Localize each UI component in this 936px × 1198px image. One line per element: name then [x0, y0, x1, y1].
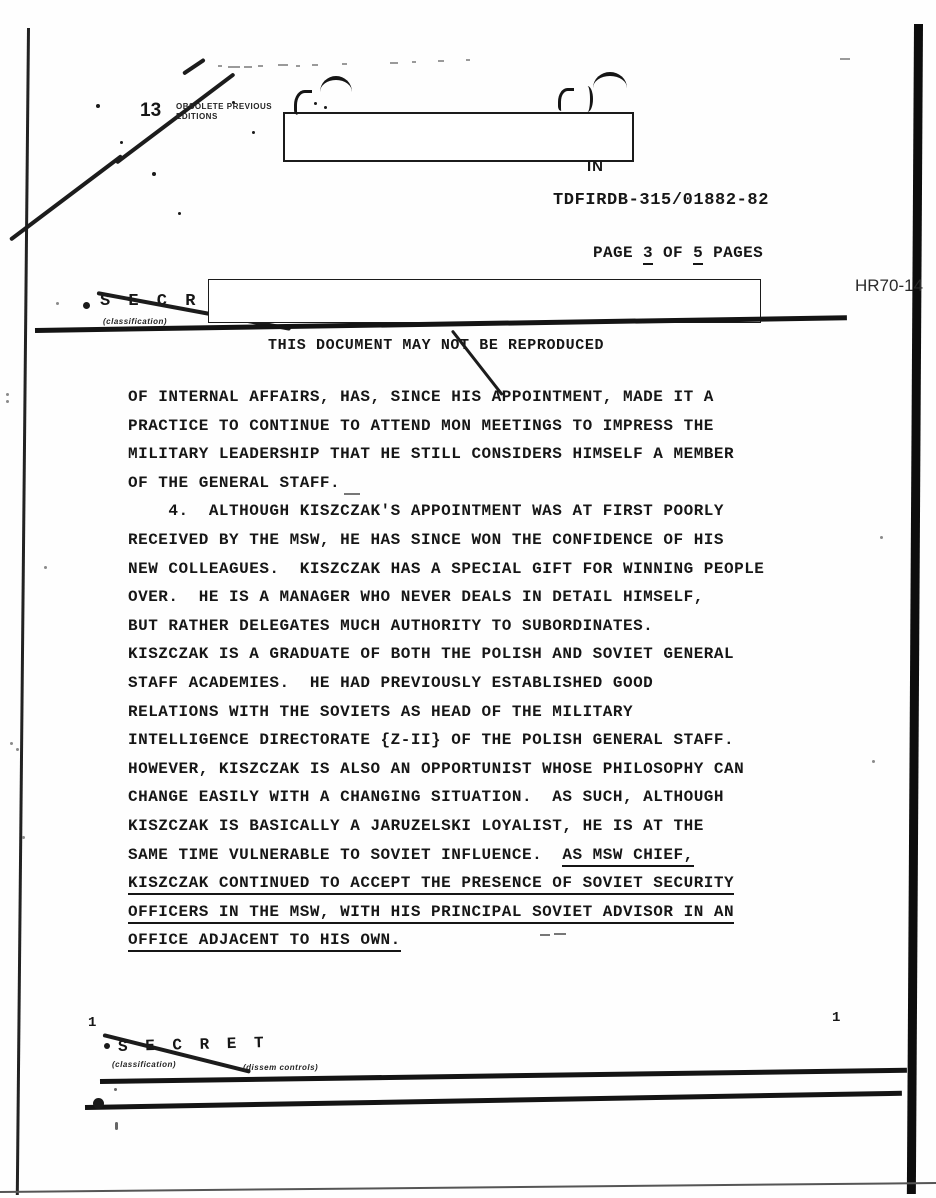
scan-speck	[296, 65, 300, 67]
document-line: OFFICE ADJACENT TO HIS OWN.	[128, 926, 764, 955]
scan-line-bottom	[0, 1182, 936, 1193]
scan-speck	[412, 61, 416, 63]
line-text: HOWEVER, KISZCZAK IS ALSO AN OPPORTUNIST…	[128, 760, 744, 778]
pen-mark	[582, 86, 593, 112]
line-text: INTELLIGENCE DIRECTORATE {Z-II} OF THE P…	[128, 731, 734, 749]
document-line: MILITARY LEADERSHIP THAT HE STILL CONSID…	[128, 440, 764, 469]
pen-arc	[320, 76, 352, 92]
document-line: PRACTICE TO CONTINUE TO ATTEND MON MEETI…	[128, 412, 764, 441]
line-text: RELATIONS WITH THE SOVIETS AS HEAD OF TH…	[128, 703, 633, 721]
scan-speck	[22, 836, 25, 839]
ink-speck	[252, 131, 255, 134]
routing-label: IN	[587, 158, 604, 175]
ink-speck	[114, 1088, 117, 1091]
line-text: NEW COLLEAGUES. KISZCZAK HAS A SPECIAL G…	[128, 560, 764, 578]
document-line: HOWEVER, KISZCZAK IS ALSO AN OPPORTUNIST…	[128, 755, 764, 784]
line-text: RECEIVED BY THE MSW, HE HAS SINCE WON TH…	[128, 531, 724, 549]
line-text: KISZCZAK IS BASICALLY A JARUZELSKI LOYAL…	[128, 817, 704, 835]
scan-edge-left	[16, 28, 30, 1195]
line-text: OF THE GENERAL STAFF.	[128, 474, 340, 492]
classification-footer-label: (classification)	[112, 1060, 176, 1069]
line-text: STAFF ACADEMIES. HE HAD PREVIOUSLY ESTAB…	[128, 674, 653, 692]
redaction-box-header	[208, 279, 761, 323]
line-text-underlined: OFFICERS IN THE MSW, WITH HIS PRINCIPAL …	[128, 903, 734, 924]
footer-rule-2	[85, 1091, 902, 1110]
scan-speck	[258, 65, 263, 67]
ink-speck	[314, 102, 317, 105]
scan-speck	[44, 566, 47, 569]
page-mark-left: 1	[88, 1015, 96, 1031]
redaction-box-top	[283, 112, 634, 162]
document-line: KISZCZAK IS A GRADUATE OF BOTH THE POLIS…	[128, 640, 764, 669]
document-line: OF THE GENERAL STAFF.	[128, 469, 764, 498]
ink-speck	[324, 106, 327, 109]
document-line: 4. ALTHOUGH KISZCZAK'S APPOINTMENT WAS A…	[128, 497, 764, 526]
bullet-mark	[83, 302, 90, 309]
scan-speck	[344, 493, 360, 495]
scan-speck	[312, 64, 318, 66]
scan-speck	[6, 400, 9, 403]
line-text: CHANGE EASILY WITH A CHANGING SITUATION.…	[128, 788, 724, 806]
scan-speck	[16, 748, 19, 751]
scan-edge-right	[907, 24, 923, 1194]
line-text: SAME TIME VULNERABLE TO SOVIET INFLUENCE…	[128, 846, 562, 864]
scan-speck	[466, 59, 470, 61]
line-text-underlined: OFFICE ADJACENT TO HIS OWN.	[128, 931, 401, 952]
line-text-underlined: AS MSW CHIEF,	[562, 846, 693, 867]
form-note-line2: EDITIONS	[176, 112, 272, 122]
ink-blob	[93, 1098, 104, 1109]
document-line: OVER. HE IS A MANAGER WHO NEVER DEALS IN…	[128, 583, 764, 612]
page-total: 5	[693, 244, 703, 265]
scan-speck	[278, 64, 288, 66]
document-line: STAFF ACADEMIES. HE HAD PREVIOUSLY ESTAB…	[128, 669, 764, 698]
document-line: BUT RATHER DELEGATES MUCH AUTHORITY TO S…	[128, 612, 764, 641]
scan-speck	[540, 934, 550, 936]
pen-stroke-dash	[182, 58, 206, 75]
document-line: INTELLIGENCE DIRECTORATE {Z-II} OF THE P…	[128, 726, 764, 755]
scan-speck	[438, 60, 444, 62]
doc-reference: TDFIRDB-315/01882-82	[553, 191, 769, 210]
scan-speck	[218, 65, 222, 67]
line-text: PRACTICE TO CONTINUE TO ATTEND MON MEETI…	[128, 417, 714, 435]
reproduction-notice: THIS DOCUMENT MAY NOT BE REPRODUCED	[268, 337, 604, 354]
line-text: MILITARY LEADERSHIP THAT HE STILL CONSID…	[128, 445, 734, 463]
page-label-pre: PAGE	[593, 244, 643, 262]
document-line: SAME TIME VULNERABLE TO SOVIET INFLUENCE…	[128, 841, 764, 870]
document-line: OFFICERS IN THE MSW, WITH HIS PRINCIPAL …	[128, 898, 764, 927]
document-line: RELATIONS WITH THE SOVIETS AS HEAD OF TH…	[128, 698, 764, 727]
classification-header-label: (classification)	[103, 317, 167, 326]
scan-speck	[880, 536, 883, 539]
document-line: KISZCZAK IS BASICALLY A JARUZELSKI LOYAL…	[128, 812, 764, 841]
ink-speck	[120, 141, 123, 144]
scan-speck	[342, 63, 347, 65]
pen-mark	[558, 88, 574, 111]
release-stamp: HR70-14	[855, 276, 923, 296]
ink-speck	[152, 172, 156, 176]
line-text: KISZCZAK IS A GRADUATE OF BOTH THE POLIS…	[128, 645, 734, 663]
page-count-line: PAGE 3 OF 5 PAGES	[553, 226, 763, 280]
document-line: KISZCZAK CONTINUED TO ACCEPT THE PRESENC…	[128, 869, 764, 898]
line-text: BUT RATHER DELEGATES MUCH AUTHORITY TO S…	[128, 617, 653, 635]
page-label-post: PAGES	[703, 244, 763, 262]
line-text: OVER. HE IS A MANAGER WHO NEVER DEALS IN…	[128, 588, 704, 606]
form-note-line1: OBSOLETE PREVIOUS	[176, 102, 272, 112]
page-mark-right: 1	[832, 1010, 840, 1026]
dissem-controls-label: (dissem controls)	[243, 1063, 318, 1072]
footer-rule-1	[100, 1068, 907, 1084]
scan-speck	[554, 933, 566, 935]
scan-speck	[10, 742, 13, 745]
pen-arc	[593, 72, 627, 88]
document-body: OF INTERNAL AFFAIRS, HAS, SINCE HIS APPO…	[128, 383, 764, 955]
scan-speck	[390, 62, 398, 64]
bullet-mark	[104, 1043, 110, 1049]
scan-speck	[56, 302, 59, 305]
scan-speck	[228, 66, 240, 68]
document-line: OF INTERNAL AFFAIRS, HAS, SINCE HIS APPO…	[128, 383, 764, 412]
ink-speck	[178, 212, 181, 215]
page-label-mid: OF	[653, 244, 693, 262]
line-text: 4. ALTHOUGH KISZCZAK'S APPOINTMENT WAS A…	[128, 502, 724, 520]
scan-speck	[840, 58, 850, 60]
ink-speck	[115, 1122, 118, 1130]
line-text: OF INTERNAL AFFAIRS, HAS, SINCE HIS APPO…	[128, 388, 714, 406]
ink-speck	[96, 104, 100, 108]
document-line: RECEIVED BY THE MSW, HE HAS SINCE WON TH…	[128, 526, 764, 555]
line-text-underlined: KISZCZAK CONTINUED TO ACCEPT THE PRESENC…	[128, 874, 734, 895]
form-number: 13	[140, 100, 161, 122]
scan-speck	[244, 66, 252, 68]
document-scan: 13 OBSOLETE PREVIOUS EDITIONS IN TDFIRDB…	[0, 0, 936, 1198]
page-number: 3	[643, 244, 653, 265]
pen-mark	[294, 90, 312, 115]
form-note: OBSOLETE PREVIOUS EDITIONS	[176, 102, 272, 122]
scan-speck	[6, 393, 9, 396]
document-line: NEW COLLEAGUES. KISZCZAK HAS A SPECIAL G…	[128, 555, 764, 584]
scan-speck	[872, 760, 875, 763]
document-line: CHANGE EASILY WITH A CHANGING SITUATION.…	[128, 783, 764, 812]
